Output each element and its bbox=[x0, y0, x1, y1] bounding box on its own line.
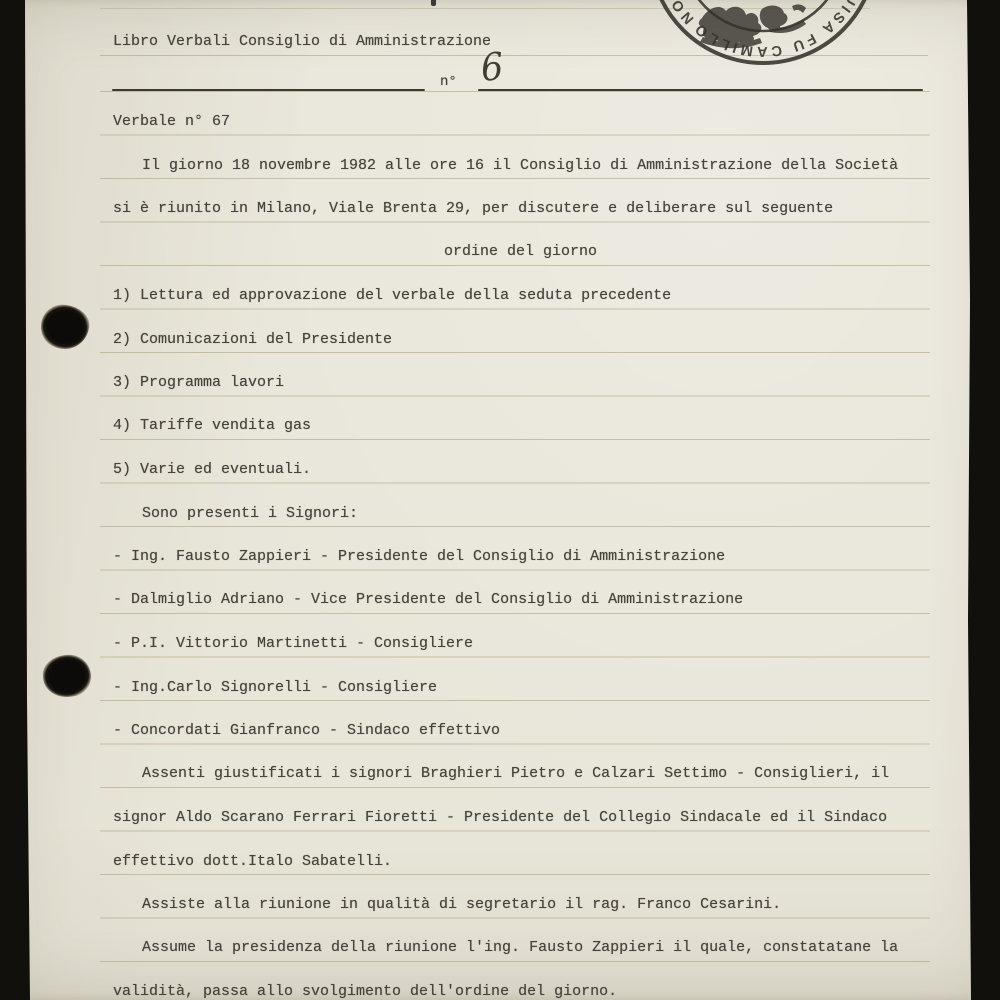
notary-stamp: UISA FU CAMILLO NOT bbox=[620, 0, 900, 95]
attendee-line: - Concordati Gianfranco - Sindaco effett… bbox=[113, 721, 928, 741]
stamp-ring-text-2: NOT bbox=[661, 0, 697, 27]
document-line: Il giorno 18 novembre 1982 alle ore 16 i… bbox=[113, 156, 957, 176]
document-line: signor Aldo Scarano Ferrari Fioretti - P… bbox=[113, 808, 928, 828]
attendee-line: - P.I. Vittorio Martinetti - Consigliere bbox=[113, 634, 928, 654]
agenda-item: 4) Tariffe vendita gas bbox=[113, 416, 928, 436]
document-line: Assiste alla riunione in qualità di segr… bbox=[113, 895, 957, 915]
punch-hole-bottom bbox=[43, 655, 91, 697]
document-line: si è riunito in Milano, Viale Brenta 29,… bbox=[113, 199, 928, 219]
svg-text:NOT: NOT bbox=[661, 0, 697, 27]
document-line: ordine del giorno bbox=[113, 242, 928, 262]
cut-off-text-remnant bbox=[431, 0, 436, 6]
paper-sheet bbox=[0, 0, 1000, 1000]
attendee-line: - Ing.Carlo Signorelli - Consigliere bbox=[113, 678, 928, 698]
attendee-line: - Ing. Fausto Zappieri - Presidente del … bbox=[113, 547, 928, 567]
document-line: Assenti giustificati i signori Braghieri… bbox=[113, 764, 957, 784]
document-line: effettivo dott.Italo Sabatelli. bbox=[113, 852, 928, 872]
document-line: Verbale n° 67 bbox=[113, 112, 928, 132]
page-number-label: n° bbox=[440, 74, 457, 90]
scanned-document-page: Libro Verbali Consiglio di Amministrazio… bbox=[0, 0, 1000, 1000]
agenda-item: 1) Lettura ed approvazione del verbale d… bbox=[113, 286, 928, 306]
agenda-item: 5) Varie ed eventuali. bbox=[113, 460, 928, 480]
document-line: validità, passa allo svolgimento dell'or… bbox=[113, 982, 928, 1000]
attendee-line: - Dalmiglio Adriano - Vice Presidente de… bbox=[113, 590, 928, 610]
handwritten-page-number: 6 bbox=[480, 47, 505, 86]
document-line: Sono presenti i Signori: bbox=[113, 504, 957, 524]
document-line: Assume la presidenza della riunione l'in… bbox=[113, 938, 957, 958]
page-number-rule-left bbox=[112, 89, 425, 91]
agenda-item: 3) Programma lavori bbox=[113, 373, 928, 393]
agenda-item: 2) Comunicazioni del Presidente bbox=[113, 330, 928, 350]
punch-hole-top bbox=[41, 305, 89, 349]
